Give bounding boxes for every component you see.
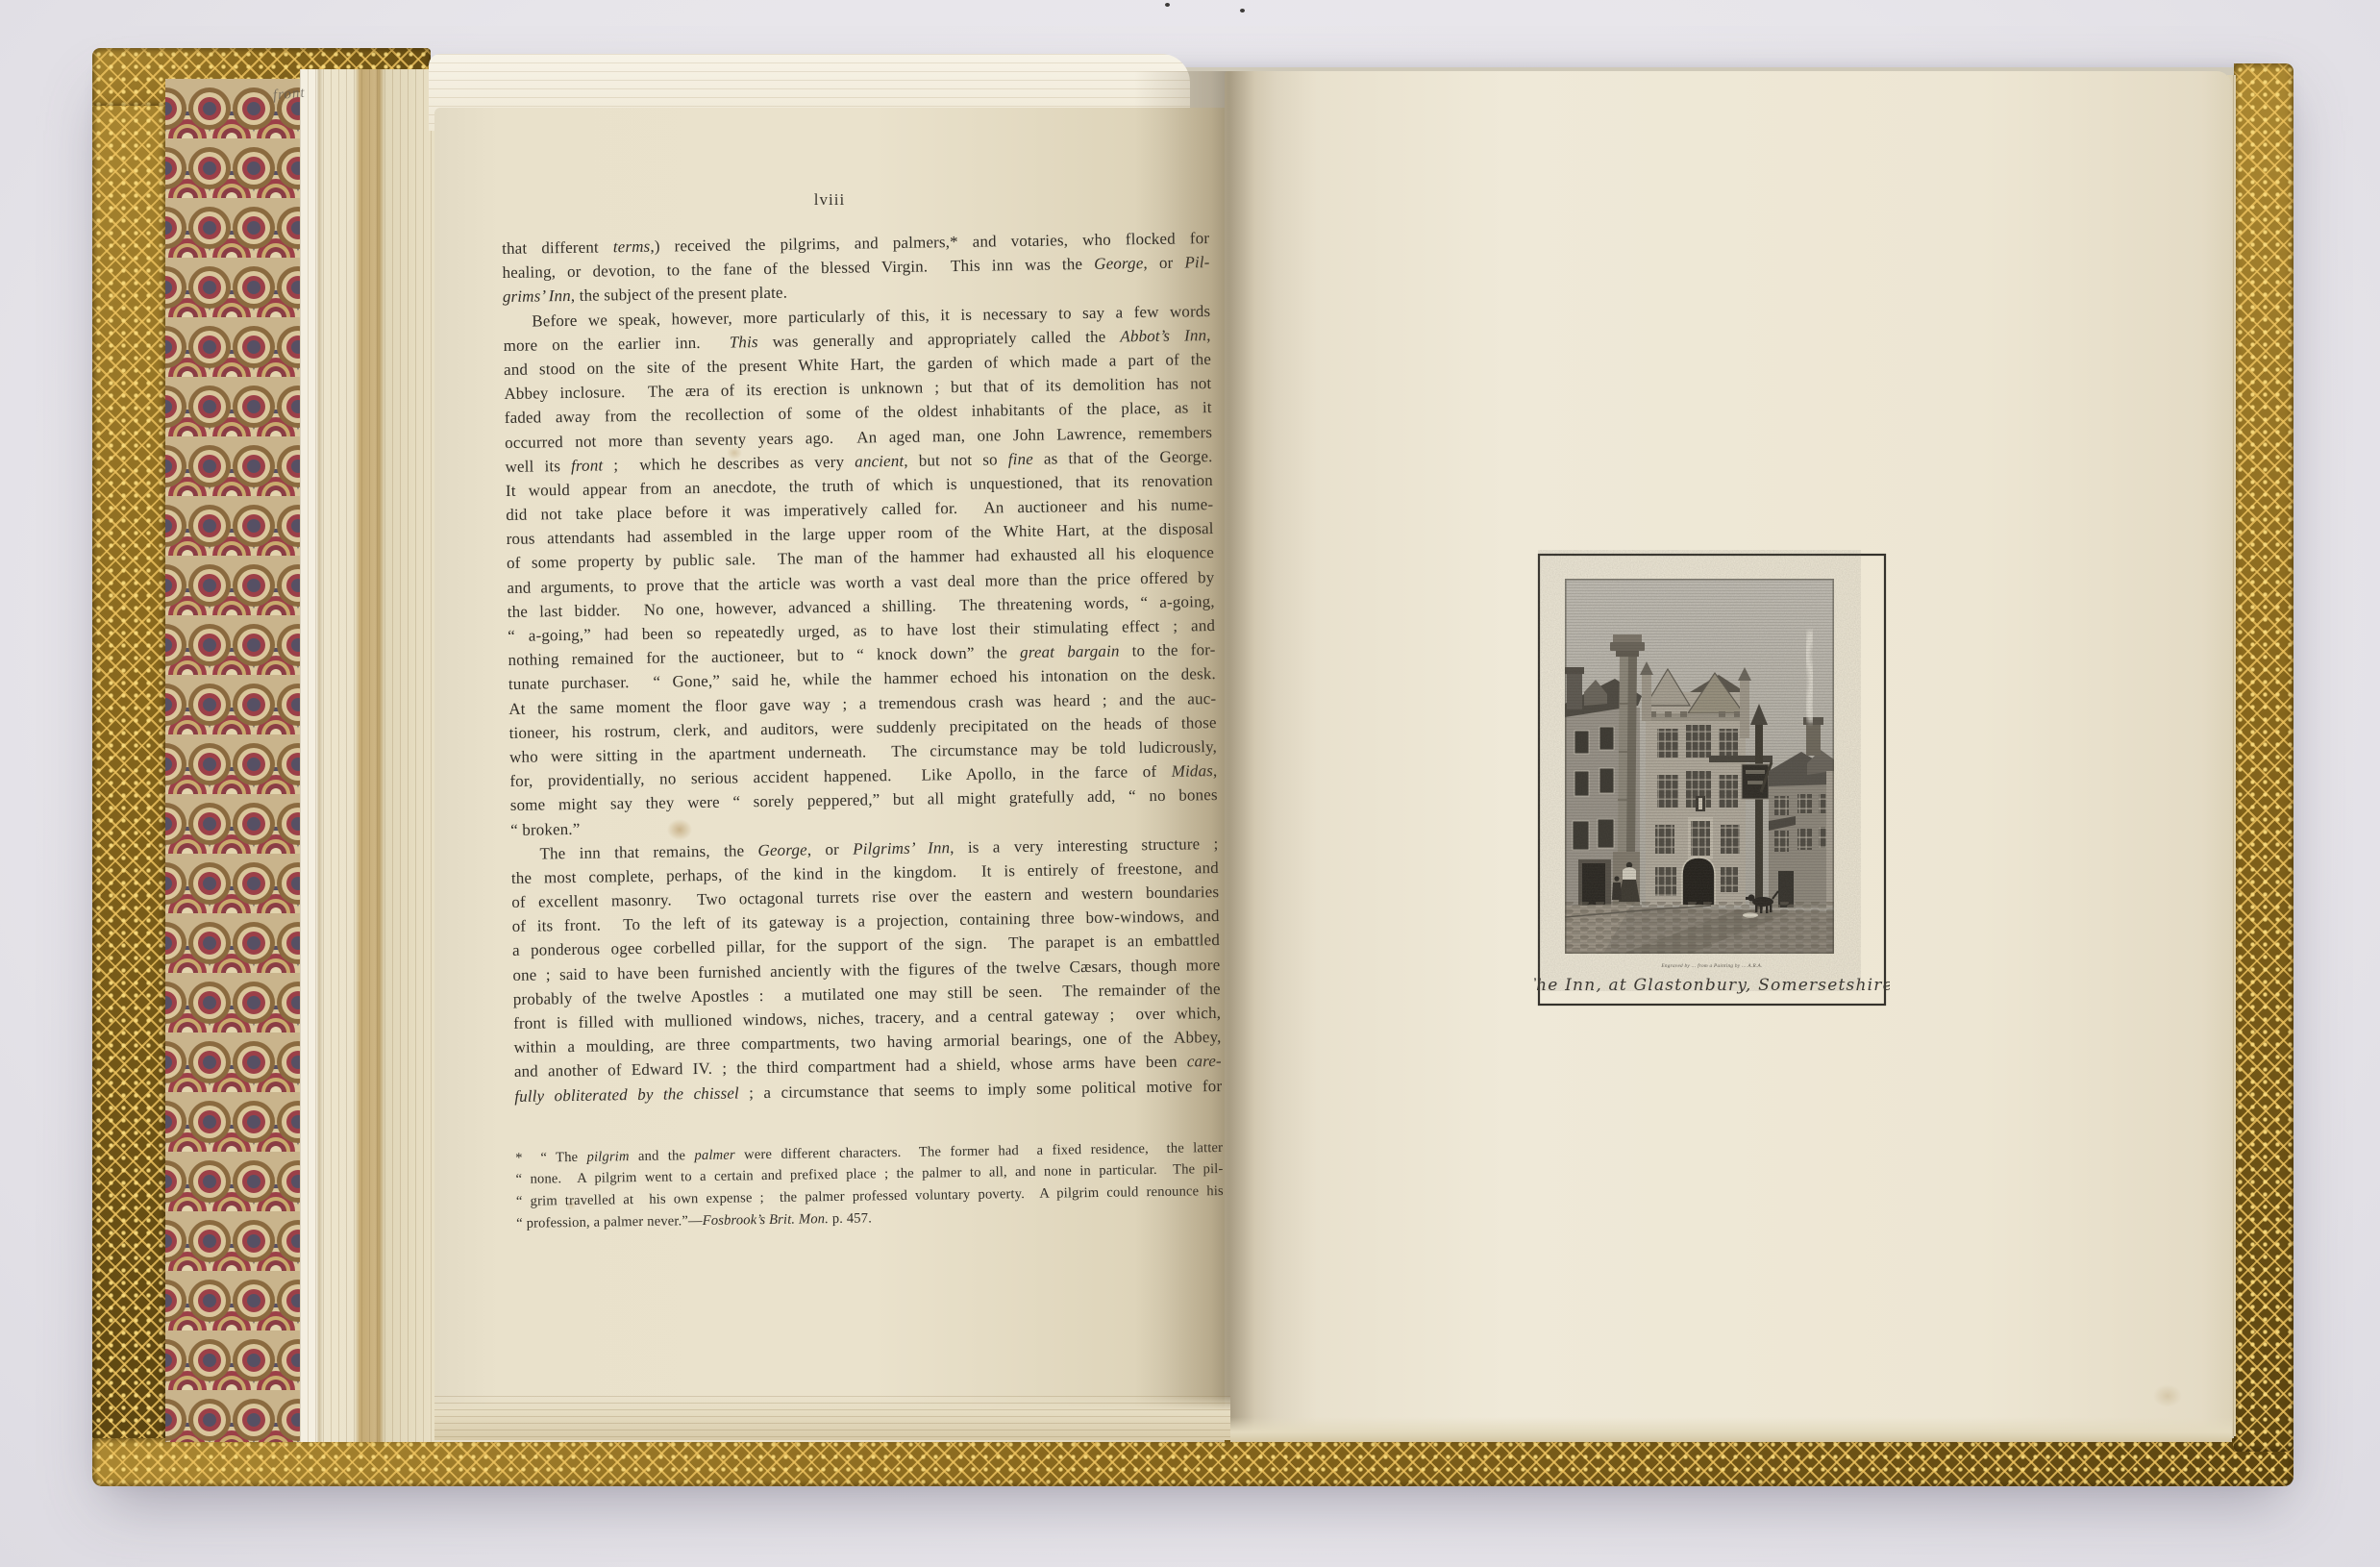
page-stack-fore-edge-left bbox=[300, 69, 436, 1442]
engraver-credit-line: Engraved by … from a Painting by … A.R.A… bbox=[1660, 962, 1762, 969]
plate-caption: The Inn, at Glastonbury, Somersetshire. bbox=[1534, 976, 1890, 995]
page-stack-bottom-edge-left bbox=[434, 1396, 1230, 1440]
footnote-block: * “ The pilgrim and the palmer were diff… bbox=[515, 1137, 1224, 1234]
body-text-block: that different terms,) received the pilg… bbox=[502, 226, 1222, 1108]
engraving-illustration: Engraved by … from a Painting by … A.R.A… bbox=[1534, 550, 1890, 1009]
printed-text-block: that different terms,) received the pilg… bbox=[502, 226, 1224, 1234]
page-stack-bottom-edge-right bbox=[1230, 1417, 2232, 1442]
marbled-endpaper bbox=[165, 79, 300, 1442]
book-photograph: front lviii that different terms,) recei… bbox=[0, 0, 2380, 1567]
dust-speck bbox=[1240, 9, 1245, 12]
folio-number: lviii bbox=[434, 190, 1225, 210]
pencil-annotation: front bbox=[272, 86, 306, 105]
left-page: lviii that different terms,) received th… bbox=[434, 108, 1225, 1442]
gilt-binding-edge-left bbox=[92, 52, 165, 1457]
engraved-plate: Engraved by … from a Painting by … A.R.A… bbox=[1534, 550, 1890, 1009]
gilt-binding-edge-right bbox=[2234, 63, 2293, 1452]
dust-speck bbox=[1165, 3, 1170, 7]
gilt-binding-edge-bottom bbox=[92, 1438, 2293, 1486]
engraving-scene bbox=[1565, 579, 1834, 954]
